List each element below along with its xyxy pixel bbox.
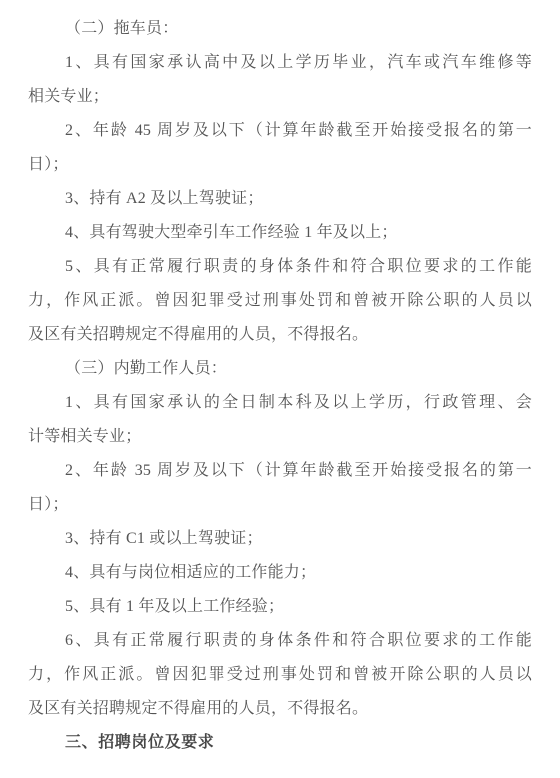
recruitment-notice-page: （二）拖车员：1、具有国家承认高中及以上学历毕业，汽车或汽车维修等相关专业；2、… <box>0 0 560 778</box>
paragraph-line: 力，作风正派。曾因犯罪受过刑事处罚和曾被开除公职的人员以 <box>28 284 532 318</box>
paragraph-line: 相关专业； <box>28 80 532 114</box>
paragraph-line: 计等相关专业； <box>28 420 532 454</box>
paragraph-line: 4、具有与岗位相适应的工作能力； <box>28 556 532 590</box>
paragraph-line: 及区有关招聘规定不得雇用的人员，不得报名。 <box>28 692 532 726</box>
section-heading: （二）拖车员： <box>28 12 532 46</box>
paragraph-line: 5、具有 1 年及以上工作经验； <box>28 590 532 624</box>
paragraph-line: 2、年龄 35 周岁及以下（计算年龄截至开始接受报名的第一 <box>28 454 532 488</box>
paragraph-line: 3、持有 C1 或以上驾驶证； <box>28 522 532 556</box>
section-heading: （三）内勤工作人员： <box>28 352 532 386</box>
paragraph-line: 日）； <box>28 488 532 522</box>
paragraph-line: 1、具有国家承认高中及以上学历毕业，汽车或汽车维修等 <box>28 46 532 80</box>
paragraph-line: 力，作风正派。曾因犯罪受过刑事处罚和曾被开除公职的人员以 <box>28 658 532 692</box>
paragraph-line: 日）； <box>28 148 532 182</box>
paragraph-line: 及区有关招聘规定不得雇用的人员，不得报名。 <box>28 318 532 352</box>
paragraph-line: 5、具有正常履行职责的身体条件和符合职位要求的工作能 <box>28 250 532 284</box>
closing-heading: 三、招聘岗位及要求 <box>28 726 532 760</box>
document-body: （二）拖车员：1、具有国家承认高中及以上学历毕业，汽车或汽车维修等相关专业；2、… <box>0 0 560 760</box>
paragraph-line: 1、具有国家承认的全日制本科及以上学历，行政管理、会 <box>28 386 532 420</box>
paragraph-line: 4、具有驾驶大型牵引车工作经验 1 年及以上； <box>28 216 532 250</box>
paragraph-line: 6、具有正常履行职责的身体条件和符合职位要求的工作能 <box>28 624 532 658</box>
paragraph-line: 2、年龄 45 周岁及以下（计算年龄截至开始接受报名的第一 <box>28 114 532 148</box>
paragraph-line: 3、持有 A2 及以上驾驶证； <box>28 182 532 216</box>
